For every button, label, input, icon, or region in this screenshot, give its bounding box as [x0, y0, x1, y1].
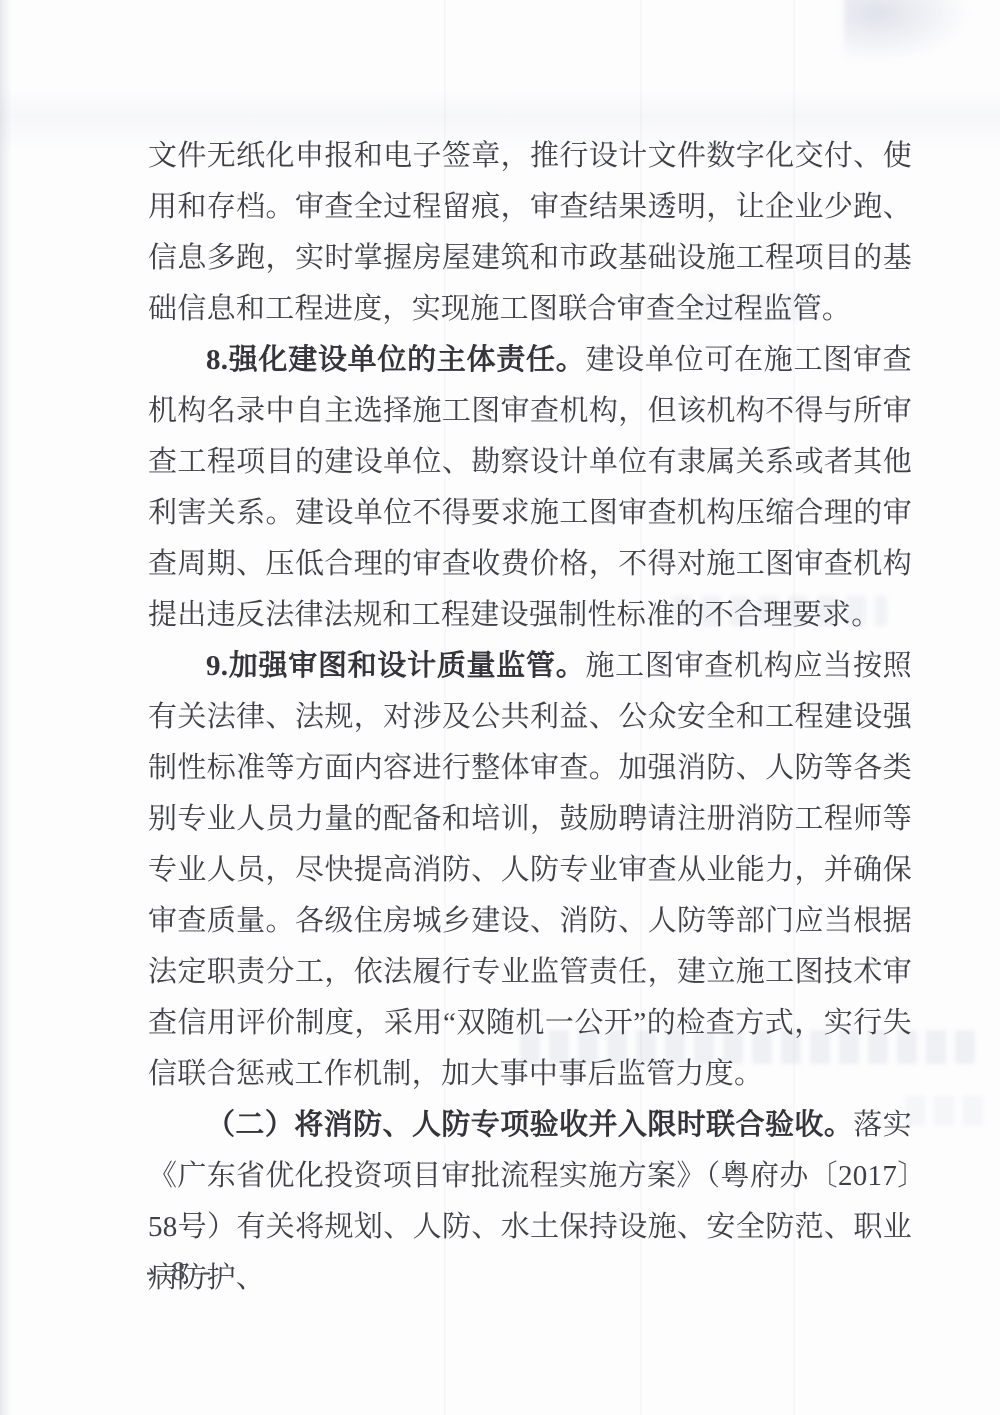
- paragraph: 文件无纸化申报和电子签章，推行设计文件数字化交付、使用和存档。审查全过程留痕，审…: [148, 131, 912, 335]
- clause-heading-text: 8.强化建设单位的主体责任。: [206, 344, 585, 376]
- paragraph: （二）将消防、人防专项验收并入限时联合验收。落实《广东省优化投资项目审批流程实施…: [148, 1100, 912, 1304]
- document-body: 文件无纸化申报和电子签章，推行设计文件数字化交付、使用和存档。审查全过程留痕，审…: [148, 131, 912, 1304]
- paragraph: 8.强化建设单位的主体责任。建设单位可在施工图审查机构名录中自主选择施工图审查机…: [148, 335, 912, 641]
- scan-edge-shadow: [0, 0, 12, 1415]
- page-number: - 8 -: [146, 1256, 216, 1287]
- paragraph: 9.加强审图和设计质量监管。施工图审查机构应当按照有关法律、法规，对涉及公共利益…: [148, 641, 912, 1100]
- body-text: 建设单位可在施工图审查机构名录中自主选择施工图审查机构，但该机构不得与所审查工程…: [148, 344, 912, 631]
- clause-heading-text: 9.加强审图和设计质量监管。: [206, 650, 585, 682]
- clause-heading-text: （二）将消防、人防专项验收并入限时联合验收。: [206, 1109, 853, 1141]
- body-text: 施工图审查机构应当按照有关法律、法规，对涉及公共利益、公众安全和工程建设强制性标…: [148, 650, 912, 1090]
- document-page: 文件无纸化申报和电子签章，推行设计文件数字化交付、使用和存档。审查全过程留痕，审…: [0, 0, 1000, 1415]
- bleedthrough-artifact: [844, 0, 974, 65]
- body-text: 文件无纸化申报和电子签章，推行设计文件数字化交付、使用和存档。审查全过程留痕，审…: [148, 140, 912, 325]
- bleedthrough-artifact: [905, 1096, 985, 1126]
